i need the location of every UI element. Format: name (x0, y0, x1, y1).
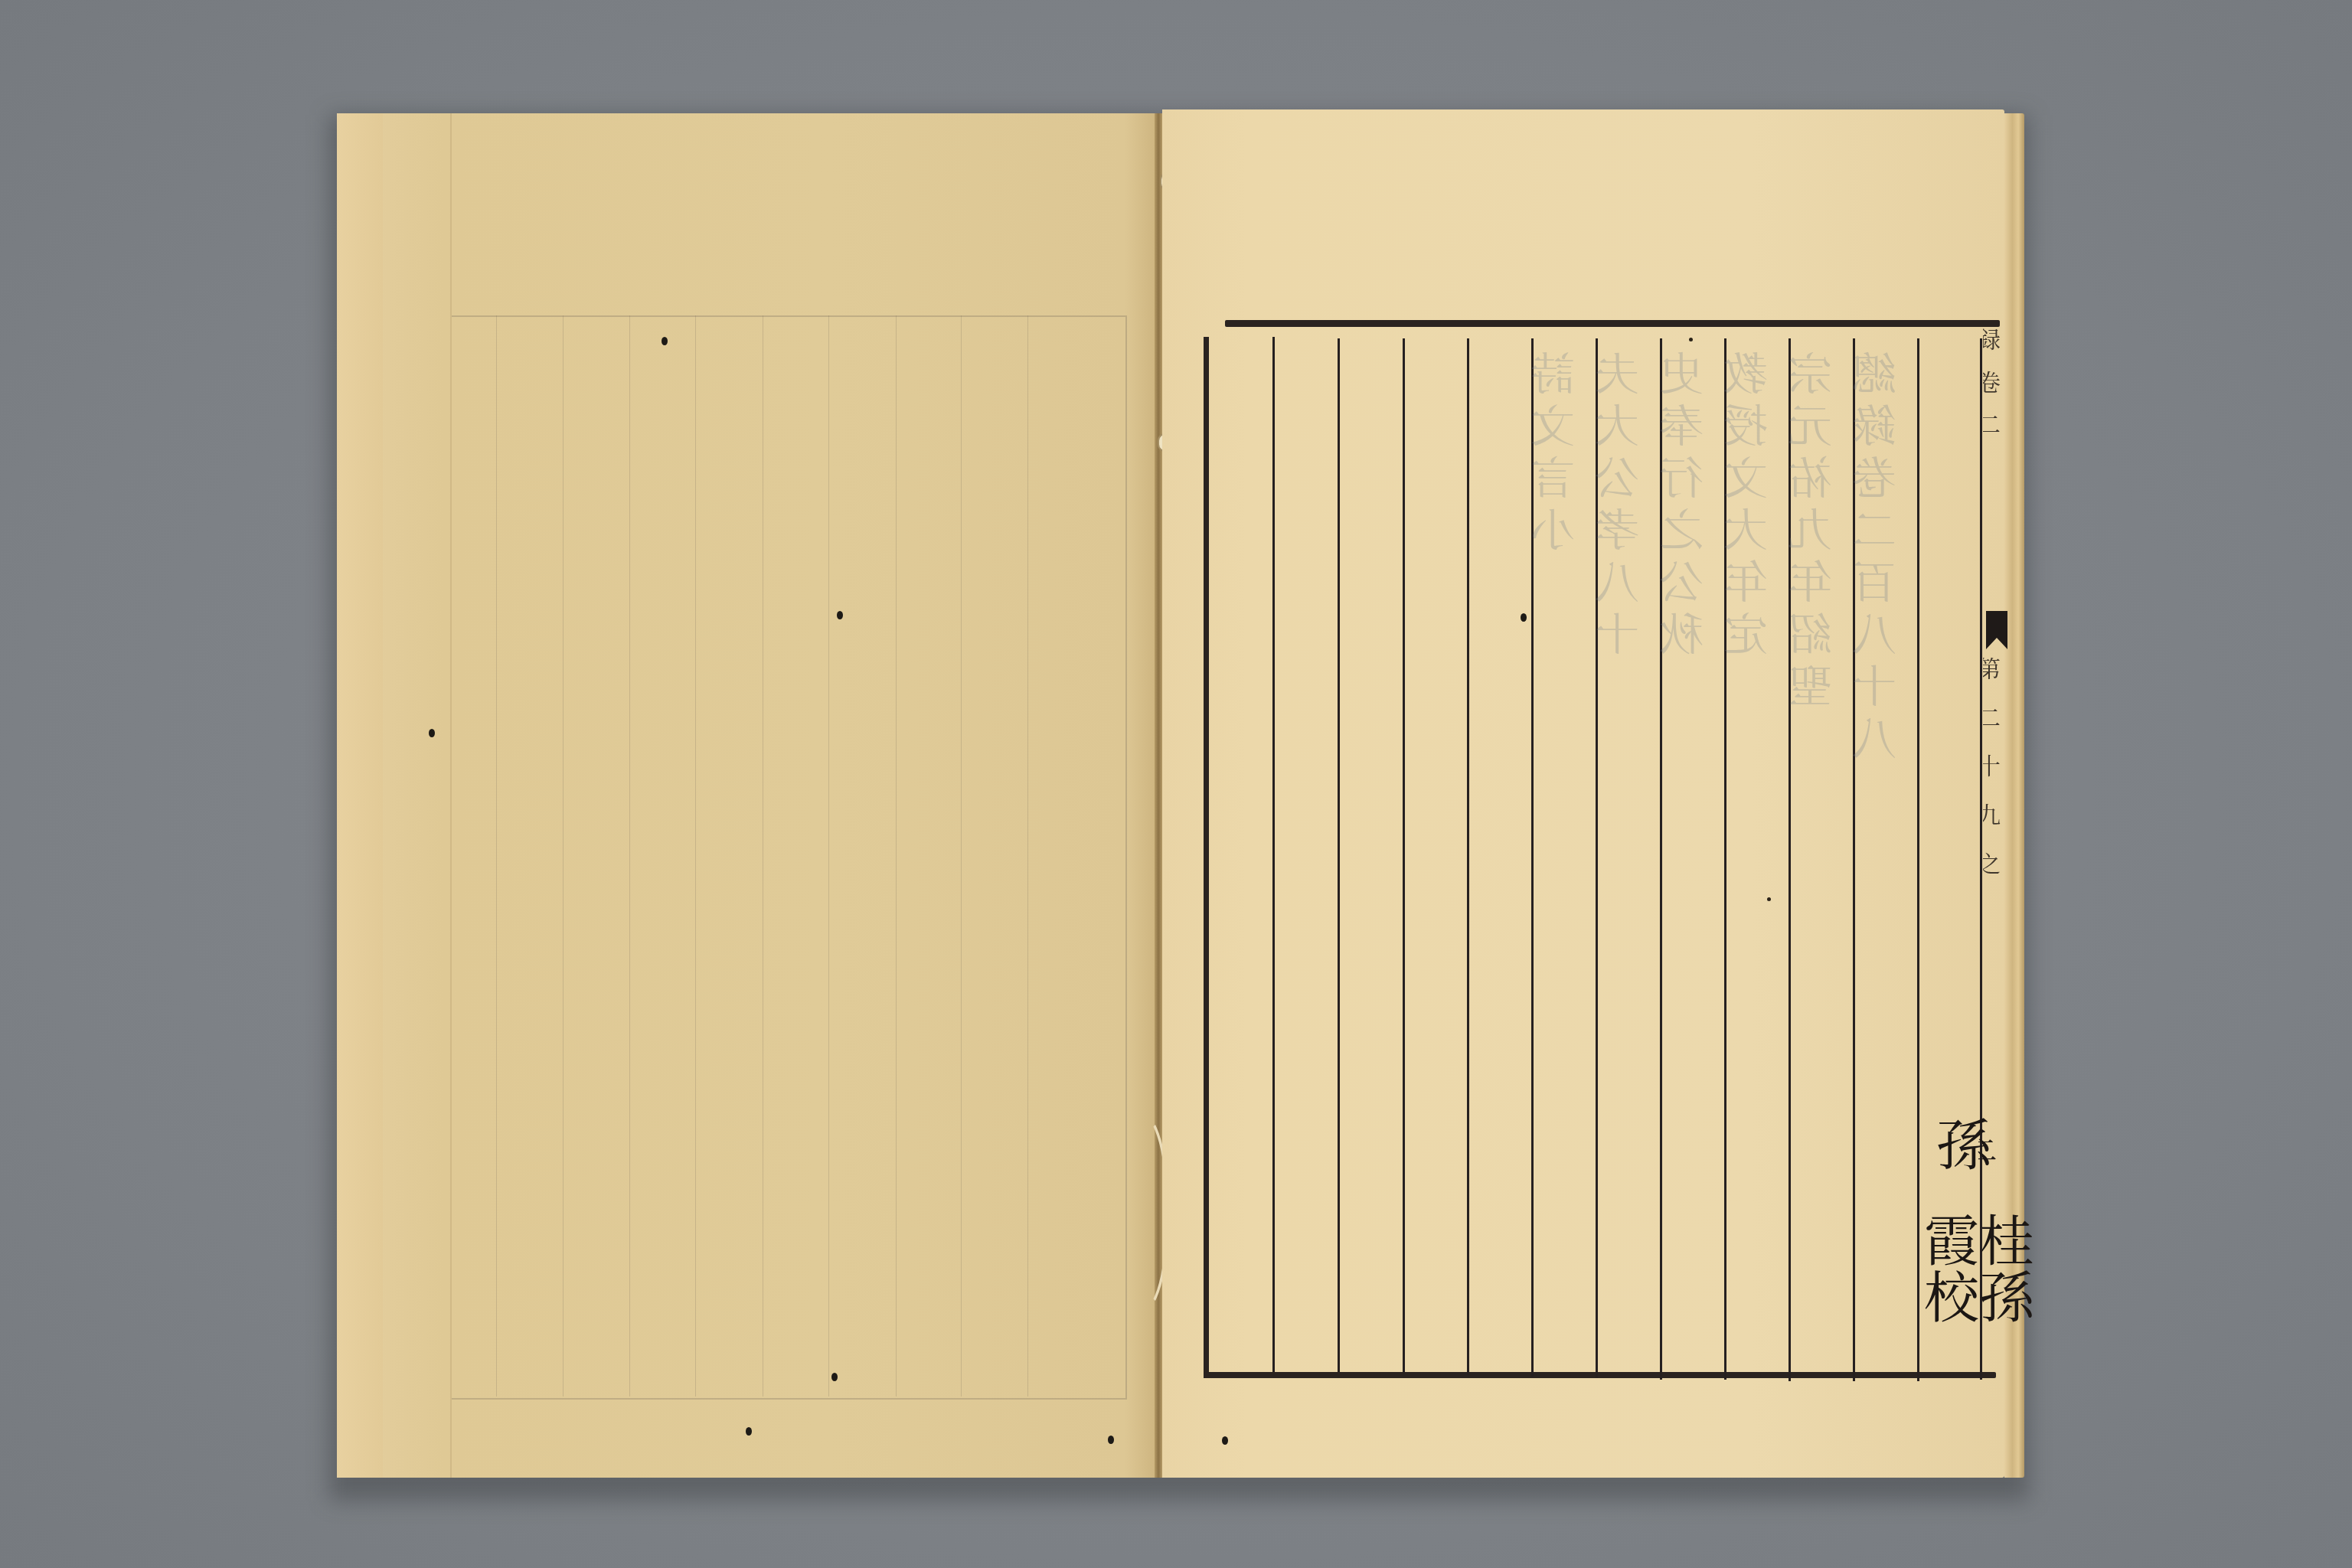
bleed-through-text: 宗元祐九年紹聖 (1787, 351, 1841, 1040)
bleed-through-text: 詩文言小 (1530, 351, 1583, 1040)
collator-names: 桂孫霞校 (1919, 1212, 2030, 1378)
column-rule (1272, 337, 1275, 1372)
bleed-through-frame (452, 315, 1127, 1400)
wormhole (837, 611, 843, 619)
bleed-through-column-line (961, 315, 962, 1396)
frame-top-rule (1225, 320, 2000, 327)
column-rule (1338, 338, 1340, 1372)
bleed-through-column-line (896, 315, 897, 1396)
fishtail-marker (1986, 611, 2007, 649)
banxin-title: 録 卷 二 (1983, 328, 2003, 603)
binding-thread-loop (1110, 1110, 1170, 1315)
frame-bottom-rule (1204, 1372, 1996, 1378)
wormhole (1521, 613, 1527, 622)
printed-frame: 總錄卷二百八十八 宗元祐九年紹聖 教授文大年定 史奉行之公秋 夫大公孝八十 詩文… (1204, 320, 2000, 1378)
bleed-through-column-line (695, 315, 696, 1396)
bleed-through-column-line (828, 315, 829, 1396)
frame-left-rule (1204, 337, 1209, 1378)
bleed-through-column-line (763, 315, 763, 1396)
wormhole (831, 1373, 838, 1381)
bleed-through-text: 夫大公孝八十 (1594, 351, 1648, 1040)
wormhole (746, 1427, 752, 1436)
wormhole (661, 337, 668, 345)
column-rule (1467, 338, 1469, 1375)
bleed-through-column-line (1027, 315, 1028, 1396)
left-page-fold-strip (337, 113, 383, 1478)
collator-surname: 孫 (1919, 1116, 1999, 1171)
bleed-through-text: 教授文大年定 (1723, 351, 1776, 1040)
bleed-through-text: 總錄卷二百八十八 (1851, 351, 1905, 887)
wormhole (429, 729, 435, 737)
left-page (337, 113, 1158, 1478)
wormhole (1108, 1436, 1114, 1444)
banxin-chapter: 第 二 十 九 之 (1983, 657, 2003, 1101)
wormhole (1222, 1436, 1228, 1445)
ink-speck (1689, 338, 1693, 341)
bleed-through-text: 史奉行之公秋 (1658, 351, 1712, 1040)
bleed-through-column-line (496, 315, 497, 1396)
bleed-through-column-line (629, 315, 630, 1396)
column-rule (1403, 338, 1405, 1374)
bleed-through-column-line (563, 315, 563, 1396)
ink-speck (1767, 897, 1771, 901)
